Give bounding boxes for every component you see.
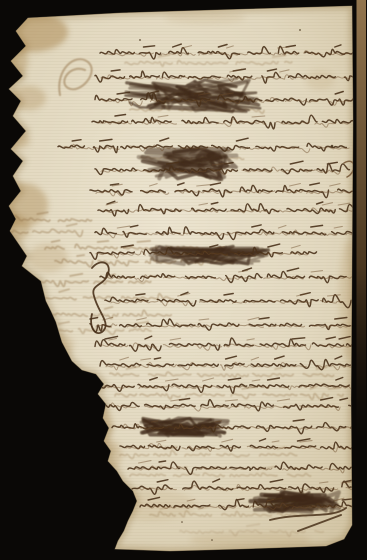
stain <box>165 12 245 24</box>
manuscript-photograph <box>0 0 367 560</box>
stain <box>306 70 334 90</box>
speck <box>299 29 301 31</box>
binding-edge <box>357 0 367 445</box>
speck <box>331 145 334 148</box>
speck <box>249 469 251 471</box>
speck <box>211 539 213 541</box>
stain <box>190 532 310 548</box>
speck <box>139 39 141 41</box>
manuscript-page-svg <box>0 0 367 560</box>
speck <box>181 521 183 523</box>
